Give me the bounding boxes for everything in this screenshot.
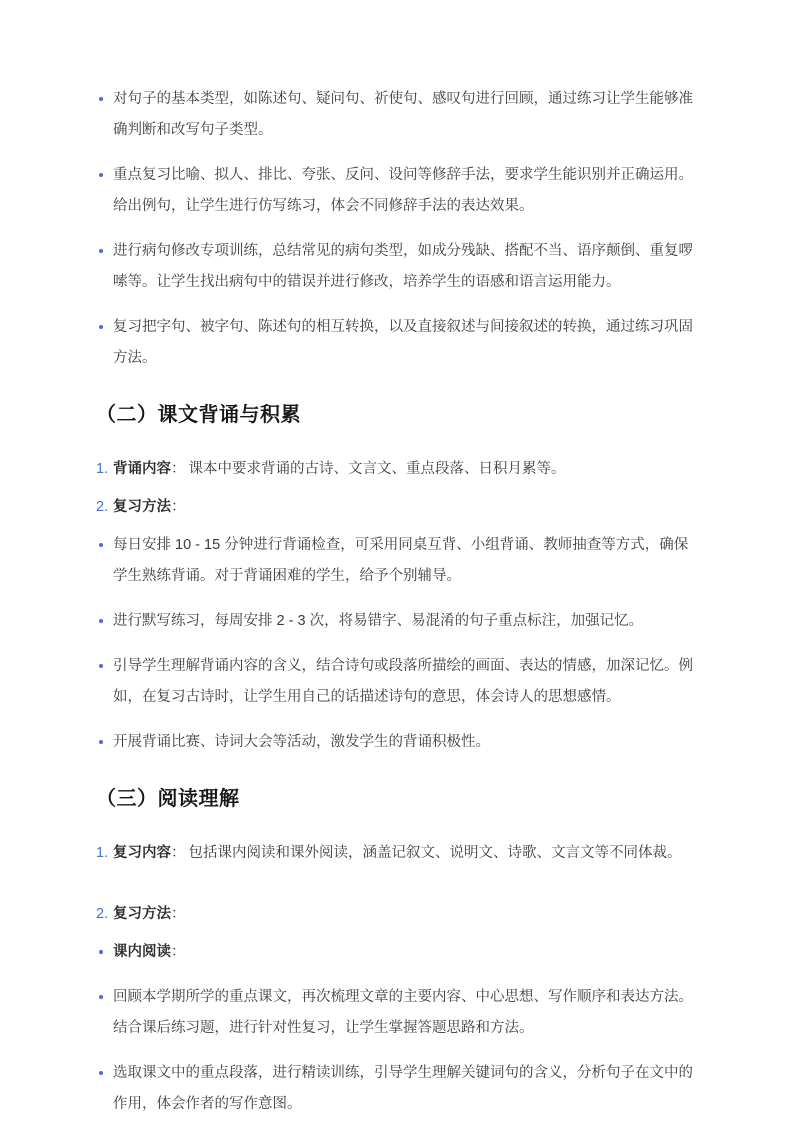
item-label: 复习方法	[113, 499, 171, 515]
item-label: 复习内容	[113, 845, 171, 861]
bullet-marker-icon	[99, 995, 103, 999]
bullet-item: 进行默写练习，每周安排 2 - 3 次，将易错字、易混淆的句子重点标注，加强记忆…	[96, 606, 697, 637]
bullet-text: 对句子的基本类型，如陈述句、疑问句、祈使句、感叹句进行回顾，通过练习让学生能够准…	[113, 91, 693, 138]
item-label: 背诵内容	[113, 461, 171, 477]
document-page: 对句子的基本类型，如陈述句、疑问句、祈使句、感叹句进行回顾，通过练习让学生能够准…	[0, 0, 793, 1122]
list-number: 2.	[96, 899, 113, 930]
item-separator: ：	[171, 944, 186, 960]
section-2-numbered-list: 1. 背诵内容：课本中要求背诵的古诗、文言文、重点段落、日积月累等。 2. 复习…	[96, 454, 697, 523]
bullet-body: 课内阅读：	[113, 944, 189, 960]
section-2-bullet-list: 每日安排 10 - 15 分钟进行背诵检查，可采用同桌互背、小组背诵、教师抽查等…	[96, 530, 697, 758]
bullet-item: 课内阅读：	[96, 937, 697, 968]
numbered-item: 2. 复习方法：	[96, 899, 697, 930]
section-heading-2: （二）课文背诵与积累	[96, 398, 697, 427]
bullet-text: 选取课文中的重点段落，进行精读训练，引导学生理解关键词句的含义，分析句子在文中的…	[113, 1065, 693, 1112]
bullet-bold-label: 课内阅读	[113, 944, 171, 960]
section-heading-3: （三）阅读理解	[96, 782, 697, 811]
section-3-numbered-list: 1. 复习内容：包括课内阅读和课外阅读，涵盖记叙文、说明文、诗歌、文言文等不同体…	[96, 838, 697, 930]
bullet-marker-icon	[99, 173, 103, 177]
bullet-marker-icon	[99, 664, 103, 668]
bullet-text: 重点复习比喻、拟人、排比、夸张、反问、设问等修辞手法，要求学生能识别并正确运用。…	[113, 167, 693, 214]
bullet-text: 开展背诵比赛、诗词大会等活动，激发学生的背诵积极性。	[113, 734, 490, 750]
bullet-item: 对句子的基本类型，如陈述句、疑问句、祈使句、感叹句进行回顾，通过练习让学生能够准…	[96, 84, 697, 146]
bullet-text: 进行默写练习，每周安排 2 - 3 次，将易错字、易混淆的句子重点标注，加强记忆…	[113, 613, 643, 629]
numbered-item-body: 复习方法：	[113, 899, 189, 930]
numbered-item-body: 背诵内容：课本中要求背诵的古诗、文言文、重点段落、日积月累等。	[113, 454, 566, 485]
bullet-item: 每日安排 10 - 15 分钟进行背诵检查，可采用同桌互背、小组背诵、教师抽查等…	[96, 530, 697, 592]
numbered-item-body: 复习方法：	[113, 492, 189, 523]
item-separator: ：	[171, 499, 186, 515]
numbered-item: 1. 复习内容：包括课内阅读和课外阅读，涵盖记叙文、说明文、诗歌、文言文等不同体…	[96, 838, 697, 869]
item-label: 复习方法	[113, 906, 171, 922]
bullet-marker-icon	[99, 619, 103, 623]
numbered-item: 2. 复习方法：	[96, 492, 697, 523]
bullet-marker-icon	[99, 249, 103, 253]
item-separator: ：	[171, 906, 186, 922]
item-text: 包括课内阅读和课外阅读，涵盖记叙文、说明文、诗歌、文言文等不同体裁。	[189, 845, 682, 861]
intro-bullet-list: 对句子的基本类型，如陈述句、疑问句、祈使句、感叹句进行回顾，通过练习让学生能够准…	[96, 84, 697, 374]
section-3-bullet-list: 课内阅读： 回顾本学期所学的重点课文，再次梳理文章的主要内容、中心思想、写作顺序…	[96, 937, 697, 1120]
bullet-text: 进行病句修改专项训练，总结常见的病句类型，如成分残缺、搭配不当、语序颠倒、重复啰…	[113, 243, 693, 290]
bullet-item: 回顾本学期所学的重点课文，再次梳理文章的主要内容、中心思想、写作顺序和表达方法。…	[96, 982, 697, 1044]
bullet-item: 选取课文中的重点段落，进行精读训练，引导学生理解关键词句的含义，分析句子在文中的…	[96, 1058, 697, 1120]
bullet-item: 复习把字句、被字句、陈述句的相互转换，以及直接叙述与间接叙述的转换，通过练习巩固…	[96, 312, 697, 374]
bullet-text: 每日安排 10 - 15 分钟进行背诵检查，可采用同桌互背、小组背诵、教师抽查等…	[113, 537, 688, 584]
bullet-marker-icon	[99, 97, 103, 101]
item-text: 课本中要求背诵的古诗、文言文、重点段落、日积月累等。	[189, 461, 566, 477]
bullet-item: 开展背诵比赛、诗词大会等活动，激发学生的背诵积极性。	[96, 727, 697, 758]
bullet-text: 引导学生理解背诵内容的含义，结合诗句或段落所描绘的画面、表达的情感，加深记忆。例…	[113, 658, 693, 705]
item-separator: ：	[171, 461, 186, 477]
bullet-marker-icon	[99, 325, 103, 329]
numbered-item-body: 复习内容：包括课内阅读和课外阅读，涵盖记叙文、说明文、诗歌、文言文等不同体裁。	[113, 838, 682, 869]
bullet-marker-icon	[99, 543, 103, 547]
bullet-text: 回顾本学期所学的重点课文，再次梳理文章的主要内容、中心思想、写作顺序和表达方法。…	[113, 989, 693, 1036]
item-separator: ：	[171, 845, 186, 861]
list-number: 1.	[96, 838, 113, 869]
list-number: 1.	[96, 454, 113, 485]
bullet-marker-icon	[99, 950, 103, 954]
bullet-marker-icon	[99, 1071, 103, 1075]
bullet-item: 引导学生理解背诵内容的含义，结合诗句或段落所描绘的画面、表达的情感，加深记忆。例…	[96, 651, 697, 713]
bullet-text: 复习把字句、被字句、陈述句的相互转换，以及直接叙述与间接叙述的转换，通过练习巩固…	[113, 319, 693, 366]
list-number: 2.	[96, 492, 113, 523]
numbered-item: 1. 背诵内容：课本中要求背诵的古诗、文言文、重点段落、日积月累等。	[96, 454, 697, 485]
bullet-marker-icon	[99, 740, 103, 744]
bullet-item: 重点复习比喻、拟人、排比、夸张、反问、设问等修辞手法，要求学生能识别并正确运用。…	[96, 160, 697, 222]
bullet-item: 进行病句修改专项训练，总结常见的病句类型，如成分残缺、搭配不当、语序颠倒、重复啰…	[96, 236, 697, 298]
